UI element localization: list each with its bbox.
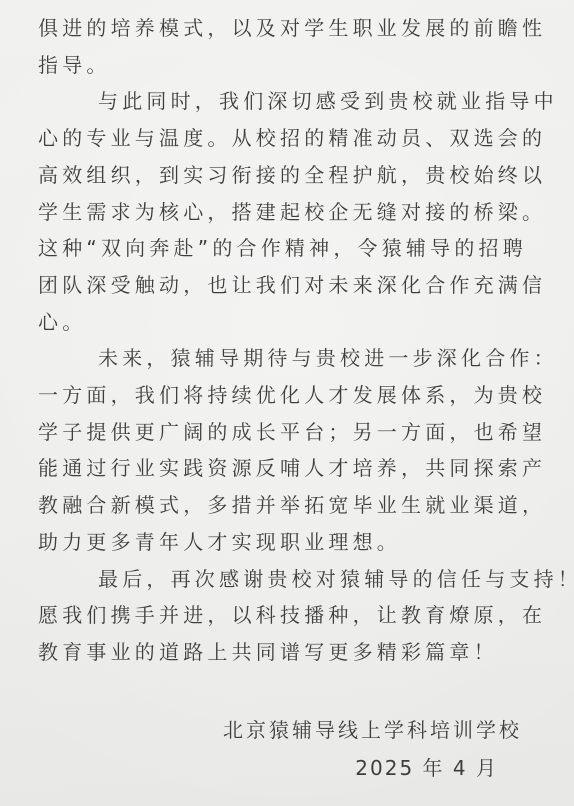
letter-line: 教育事业的道路上共同谱写更多精彩篇章！: [38, 634, 550, 671]
letter-line: 心。: [38, 304, 550, 341]
signature-line: 北京猿辅导线上学科培训学校: [38, 711, 522, 749]
letter-line: 高效组织，到实习衔接的全程护航，贵校始终以: [38, 157, 550, 194]
letter-line: 能通过行业实践资源反哺人才培养，共同探索产: [38, 450, 550, 487]
letter-body: 俱进的培养模式，以及对学生职业发展的前瞻性 指导。 与此同时，我们深切感受到贵校…: [38, 10, 550, 787]
letter-line: 学子提供更广阔的成长平台；另一方面，也希望: [38, 414, 550, 451]
letter-closing: 北京猿辅导线上学科培训学校 2025 年 4 月: [38, 711, 550, 787]
letter-line: 一方面，我们将持续优化人才发展体系，为贵校: [38, 377, 550, 414]
date-line: 2025 年 4 月: [38, 749, 498, 787]
letter-line: 团队深受触动，也让我们对未来深化合作充满信: [38, 267, 550, 304]
letter-line: 指导。: [38, 47, 550, 84]
letter-line: 心的专业与温度。从校招的精准动员、双选会的: [38, 120, 550, 157]
letter-line: 最后，再次感谢贵校对猿辅导的信任与支持！: [38, 561, 550, 598]
letter-page: 俱进的培养模式，以及对学生职业发展的前瞻性 指导。 与此同时，我们深切感受到贵校…: [0, 0, 574, 806]
letter-line: 助力更多青年人才实现职业理想。: [38, 524, 550, 561]
letter-line: 俱进的培养模式，以及对学生职业发展的前瞻性: [38, 10, 550, 47]
letter-line: 教融合新模式，多措并举拓宽毕业生就业渠道，: [38, 487, 550, 524]
letter-line: 这种“双向奔赴”的合作精神，令猿辅导的招聘: [38, 230, 550, 267]
letter-line: 未来，猿辅导期待与贵校进一步深化合作：: [38, 340, 550, 377]
letter-line: 愿我们携手并进，以科技播种，让教育燎原，在: [38, 597, 550, 634]
letter-line: 与此同时，我们深切感受到贵校就业指导中: [38, 83, 550, 120]
letter-line: 学生需求为核心，搭建起校企无缝对接的桥梁。: [38, 194, 550, 231]
